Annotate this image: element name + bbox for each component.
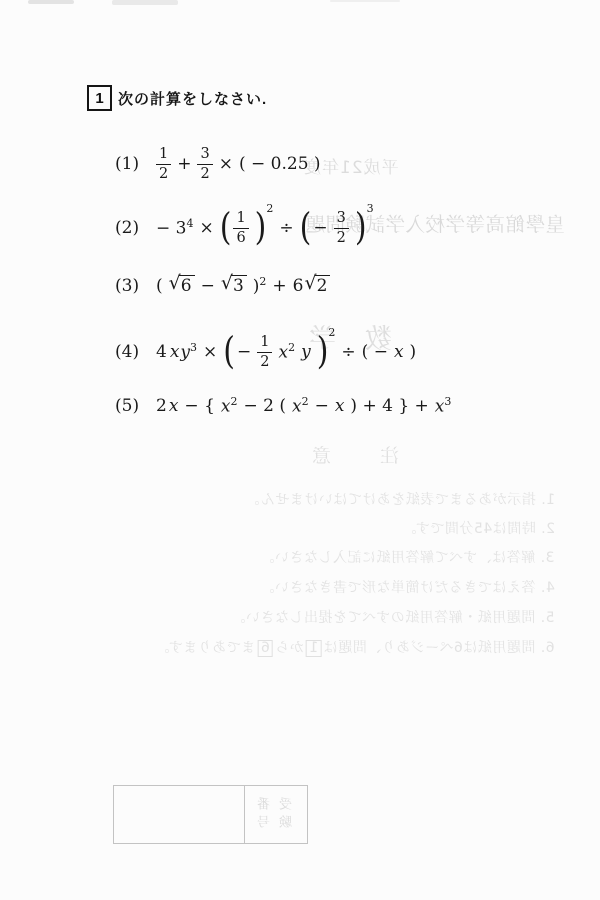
equation-5-label: (5) bbox=[115, 396, 143, 416]
examinee-number-entry-area bbox=[114, 786, 244, 843]
scan-artifact bbox=[330, 0, 400, 2]
radicand: 3 bbox=[231, 275, 247, 297]
parenthesized-term: ( − 0.25 ) bbox=[239, 154, 321, 174]
bleedthrough-note-6-mid: から bbox=[275, 640, 304, 656]
left-paren: ( bbox=[156, 276, 163, 296]
equation-1: (1) 1 2 + 3 2 × ( − 0.25 ) bbox=[115, 141, 327, 187]
minus-sign: − bbox=[313, 218, 327, 238]
radical-term: √6 bbox=[169, 274, 195, 297]
numerator: 3 bbox=[197, 145, 212, 163]
question-title: 次の計算をしなさい. bbox=[118, 88, 267, 109]
minus-brace: − { bbox=[184, 396, 214, 416]
equation-3: (3) ( √6 − √3 )2 + 6 √2 bbox=[115, 271, 336, 301]
variable-x: x bbox=[335, 396, 345, 416]
equation-3-label: (3) bbox=[115, 276, 143, 296]
radical-term: √2 bbox=[304, 274, 330, 297]
coefficient: 2 bbox=[156, 396, 167, 416]
radicand: 6 bbox=[179, 275, 195, 297]
power-term: x2 bbox=[292, 395, 309, 417]
question-number-box: 1 bbox=[87, 85, 112, 111]
power-term: x2 bbox=[278, 341, 295, 363]
divide-operator: ÷ bbox=[279, 218, 293, 238]
times-operator: × bbox=[203, 342, 217, 362]
exponent: 3 bbox=[444, 395, 451, 408]
exponent: 3 bbox=[367, 202, 374, 215]
fraction: 3 2 bbox=[334, 209, 349, 246]
variable-x: x bbox=[169, 396, 179, 416]
power-term: y3 bbox=[180, 341, 197, 363]
equation-5: (5) 2 x − { x2 − 2 ( x2 − x ) + 4 } + x3 bbox=[115, 392, 457, 420]
exponent: 2 bbox=[328, 326, 335, 339]
exponent: 2 bbox=[288, 341, 295, 354]
minus-two-paren: − 2 ( bbox=[243, 396, 286, 416]
fraction: 1 6 bbox=[233, 209, 248, 246]
numerator: 1 bbox=[233, 209, 248, 227]
minus-operator: − bbox=[201, 276, 215, 296]
exponent: 2 bbox=[259, 275, 266, 288]
power-term: )2 bbox=[253, 275, 267, 297]
bleedthrough-note-4: 4. 答えはできるだけ簡単な形で書きなさい。 bbox=[260, 577, 555, 597]
left-paren: ( bbox=[300, 209, 312, 247]
examinee-number-label-cell: 受験 番号 bbox=[244, 786, 307, 843]
bleedthrough-note-1: 1. 指示があるまで表紙をあけてはいけません。 bbox=[245, 489, 555, 509]
variable-y: y bbox=[301, 342, 311, 362]
numerator: 1 bbox=[257, 333, 272, 351]
minus-sign: − bbox=[237, 342, 251, 362]
denominator: 2 bbox=[156, 164, 171, 183]
bleedthrough-note-6: 6. 問題用紙は6ページあり、問題は1から6まであります。 bbox=[155, 637, 555, 657]
numerator: 1 bbox=[156, 145, 171, 163]
fraction: 1 2 bbox=[257, 333, 272, 370]
exponent: 4 bbox=[186, 217, 193, 230]
scan-artifact bbox=[112, 0, 178, 5]
plus-operator: + bbox=[272, 276, 286, 296]
bleedthrough-notice-heading: 注 意 bbox=[297, 441, 399, 468]
examinee-label-col2: 番号 bbox=[259, 797, 272, 833]
variable-y: y bbox=[180, 343, 190, 363]
boxed-number-6: 6 bbox=[258, 640, 273, 657]
radical-term: √3 bbox=[221, 274, 247, 297]
denominator: 2 bbox=[257, 352, 272, 371]
left-paren-minus: ( − bbox=[362, 342, 388, 362]
exponent: 2 bbox=[230, 395, 237, 408]
bleedthrough-note-3: 3. 解答は、すべて解答用紙に記入しなさい。 bbox=[260, 547, 555, 567]
boxed-number-1: 1 bbox=[306, 640, 321, 657]
numerator: 3 bbox=[334, 209, 349, 227]
power-term: − 34 bbox=[156, 217, 193, 239]
left-paren: ( bbox=[220, 209, 232, 247]
plus-operator: + bbox=[177, 154, 191, 174]
coefficient: 6 bbox=[293, 276, 304, 296]
right-paren: ) bbox=[317, 333, 329, 371]
bleedthrough-note-2: 2. 時間は45分間です。 bbox=[402, 518, 555, 538]
variable-x: x bbox=[278, 343, 288, 363]
right-paren: ) bbox=[355, 209, 367, 247]
denominator: 2 bbox=[197, 164, 212, 183]
variable-x: x bbox=[292, 397, 302, 417]
variable-x: x bbox=[170, 342, 180, 362]
equation-4-label: (4) bbox=[115, 342, 143, 362]
scanned-exam-page: 平成21年度 皇學館高等学校入学試験問題 数 学 注 意 1. 指示があるまで表… bbox=[0, 0, 600, 900]
paren-plus-four-brace: ) + 4 } + bbox=[350, 396, 428, 416]
equation-4: (4) 4 x y3 × ( − 1 2 x2 y ) 2 ÷ ( − x ) bbox=[115, 325, 422, 379]
left-paren: ( bbox=[223, 333, 235, 371]
denominator: 2 bbox=[334, 228, 349, 247]
examinee-label-col1: 受験 bbox=[281, 797, 294, 833]
fraction: 1 2 bbox=[156, 145, 171, 182]
exponent: 2 bbox=[266, 202, 273, 215]
minus-operator: − bbox=[315, 396, 329, 416]
times-operator: × bbox=[219, 154, 233, 174]
equation-1-label: (1) bbox=[115, 154, 143, 174]
bleedthrough-note-6-tail: まであります。 bbox=[155, 640, 255, 656]
bleedthrough-note-5: 5. 問題用紙・解答用紙のすべてを提出しなさい。 bbox=[231, 607, 555, 627]
radicand: 2 bbox=[315, 275, 331, 297]
fraction: 3 2 bbox=[197, 145, 212, 182]
bleedthrough-note-6-text: 6. 問題用紙は6ページあり、問題は bbox=[324, 640, 555, 656]
exponent: 2 bbox=[302, 395, 309, 408]
variable-x: x bbox=[435, 397, 445, 417]
times-operator: × bbox=[199, 218, 213, 238]
right-paren: ) bbox=[255, 209, 267, 247]
right-paren: ) bbox=[410, 342, 417, 362]
coefficient: 4 bbox=[156, 342, 167, 362]
variable-x: x bbox=[394, 342, 404, 362]
power-term: x2 bbox=[221, 395, 238, 417]
examinee-number-label: 受験 番号 bbox=[259, 797, 294, 833]
examinee-number-box: 受験 番号 bbox=[113, 785, 308, 844]
denominator: 6 bbox=[233, 228, 248, 247]
power-term: x3 bbox=[435, 395, 452, 417]
scan-artifact bbox=[28, 0, 74, 4]
base: − 3 bbox=[156, 219, 186, 239]
equation-2: (2) − 34 × ( 1 6 ) 2 ÷ ( − 3 2 ) 3 bbox=[115, 201, 380, 255]
divide-operator: ÷ bbox=[341, 342, 355, 362]
equation-2-label: (2) bbox=[115, 218, 143, 238]
exponent: 3 bbox=[190, 341, 197, 354]
